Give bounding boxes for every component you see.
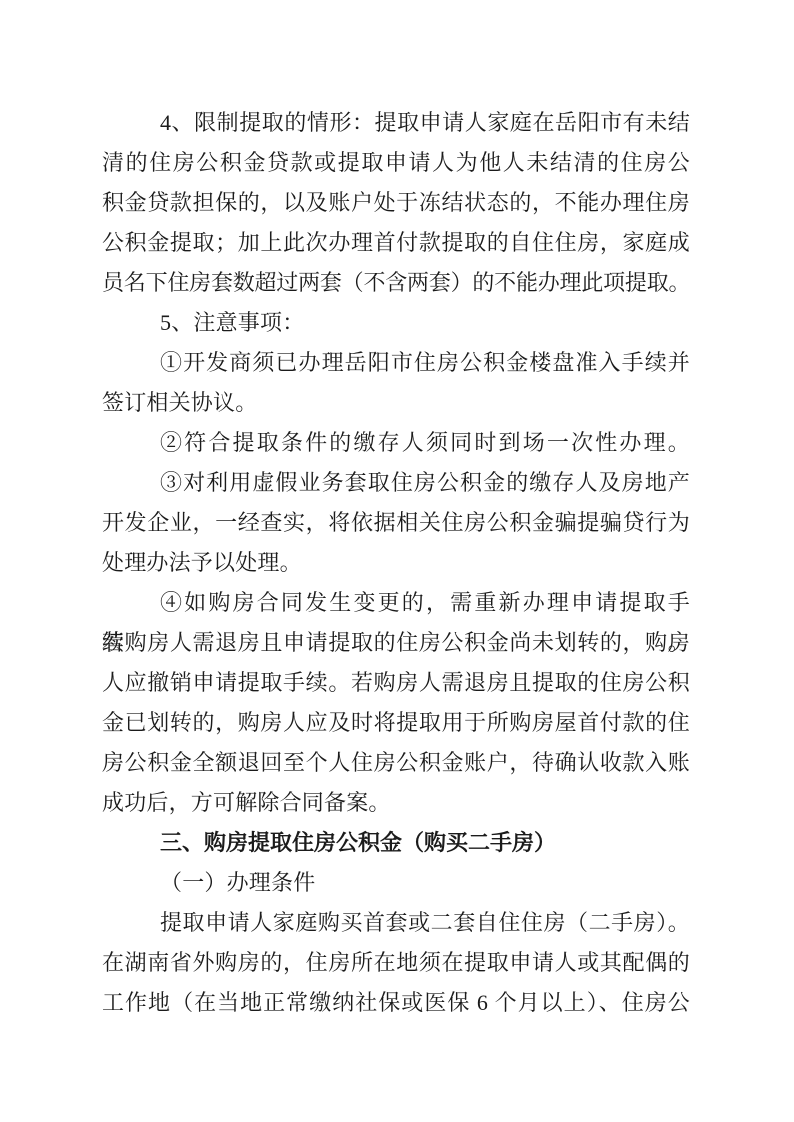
document-page: 4、限制提取的情形：提取申请人家庭在岳阳市有未结清的住房公积金贷款或提取申请人为… — [0, 0, 794, 1122]
document-line: 员名下住房套数超过两套（不含两套）的不能办理此项提取。 — [102, 263, 690, 303]
document-line: ④如购房合同发生变更的，需重新办理申请提取手续。 — [102, 583, 690, 623]
document-content: 4、限制提取的情形：提取申请人家庭在岳阳市有未结清的住房公积金贷款或提取申请人为… — [102, 103, 690, 1023]
document-line: 提取申请人家庭购买首套或二套自住住房（二手房）。 — [102, 903, 690, 943]
document-line: 积金贷款担保的，以及账户处于冻结状态的，不能办理住房 — [102, 183, 690, 223]
document-line: 若购房人需退房且申请提取的住房公积金尚未划转的，购房 — [102, 623, 690, 663]
document-line: 5、注意事项： — [102, 303, 690, 343]
document-line: 成功后，方可解除合同备案。 — [102, 783, 690, 823]
document-line: （一）办理条件 — [102, 863, 690, 903]
document-line: 三、购房提取住房公积金（购买二手房） — [102, 823, 690, 863]
document-line: 清的住房公积金贷款或提取申请人为他人未结清的住房公 — [102, 143, 690, 183]
document-line: 4、限制提取的情形：提取申请人家庭在岳阳市有未结 — [102, 103, 690, 143]
document-line: 签订相关协议。 — [102, 383, 690, 423]
document-line: 在湖南省外购房的，住房所在地须在提取申请人或其配偶的 — [102, 943, 690, 983]
document-line: 开发企业，一经查实，将依据相关住房公积金骗提骗贷行为 — [102, 503, 690, 543]
document-line: 公积金提取；加上此次办理首付款提取的自住住房，家庭成 — [102, 223, 690, 263]
document-line: ③对利用虚假业务套取住房公积金的缴存人及房地产 — [102, 463, 690, 503]
document-line: ②符合提取条件的缴存人须同时到场一次性办理。 — [102, 423, 690, 463]
document-line: ①开发商须已办理岳阳市住房公积金楼盘准入手续并 — [102, 343, 690, 383]
document-line: 金已划转的，购房人应及时将提取用于所购房屋首付款的住 — [102, 703, 690, 743]
document-line: 人应撤销申请提取手续。若购房人需退房且提取的住房公积 — [102, 663, 690, 703]
document-line: 处理办法予以处理。 — [102, 543, 690, 583]
document-line: 工作地（在当地正常缴纳社保或医保 6 个月以上）、住房公 — [102, 983, 690, 1023]
document-line: 房公积金全额退回至个人住房公积金账户，待确认收款入账 — [102, 743, 690, 783]
